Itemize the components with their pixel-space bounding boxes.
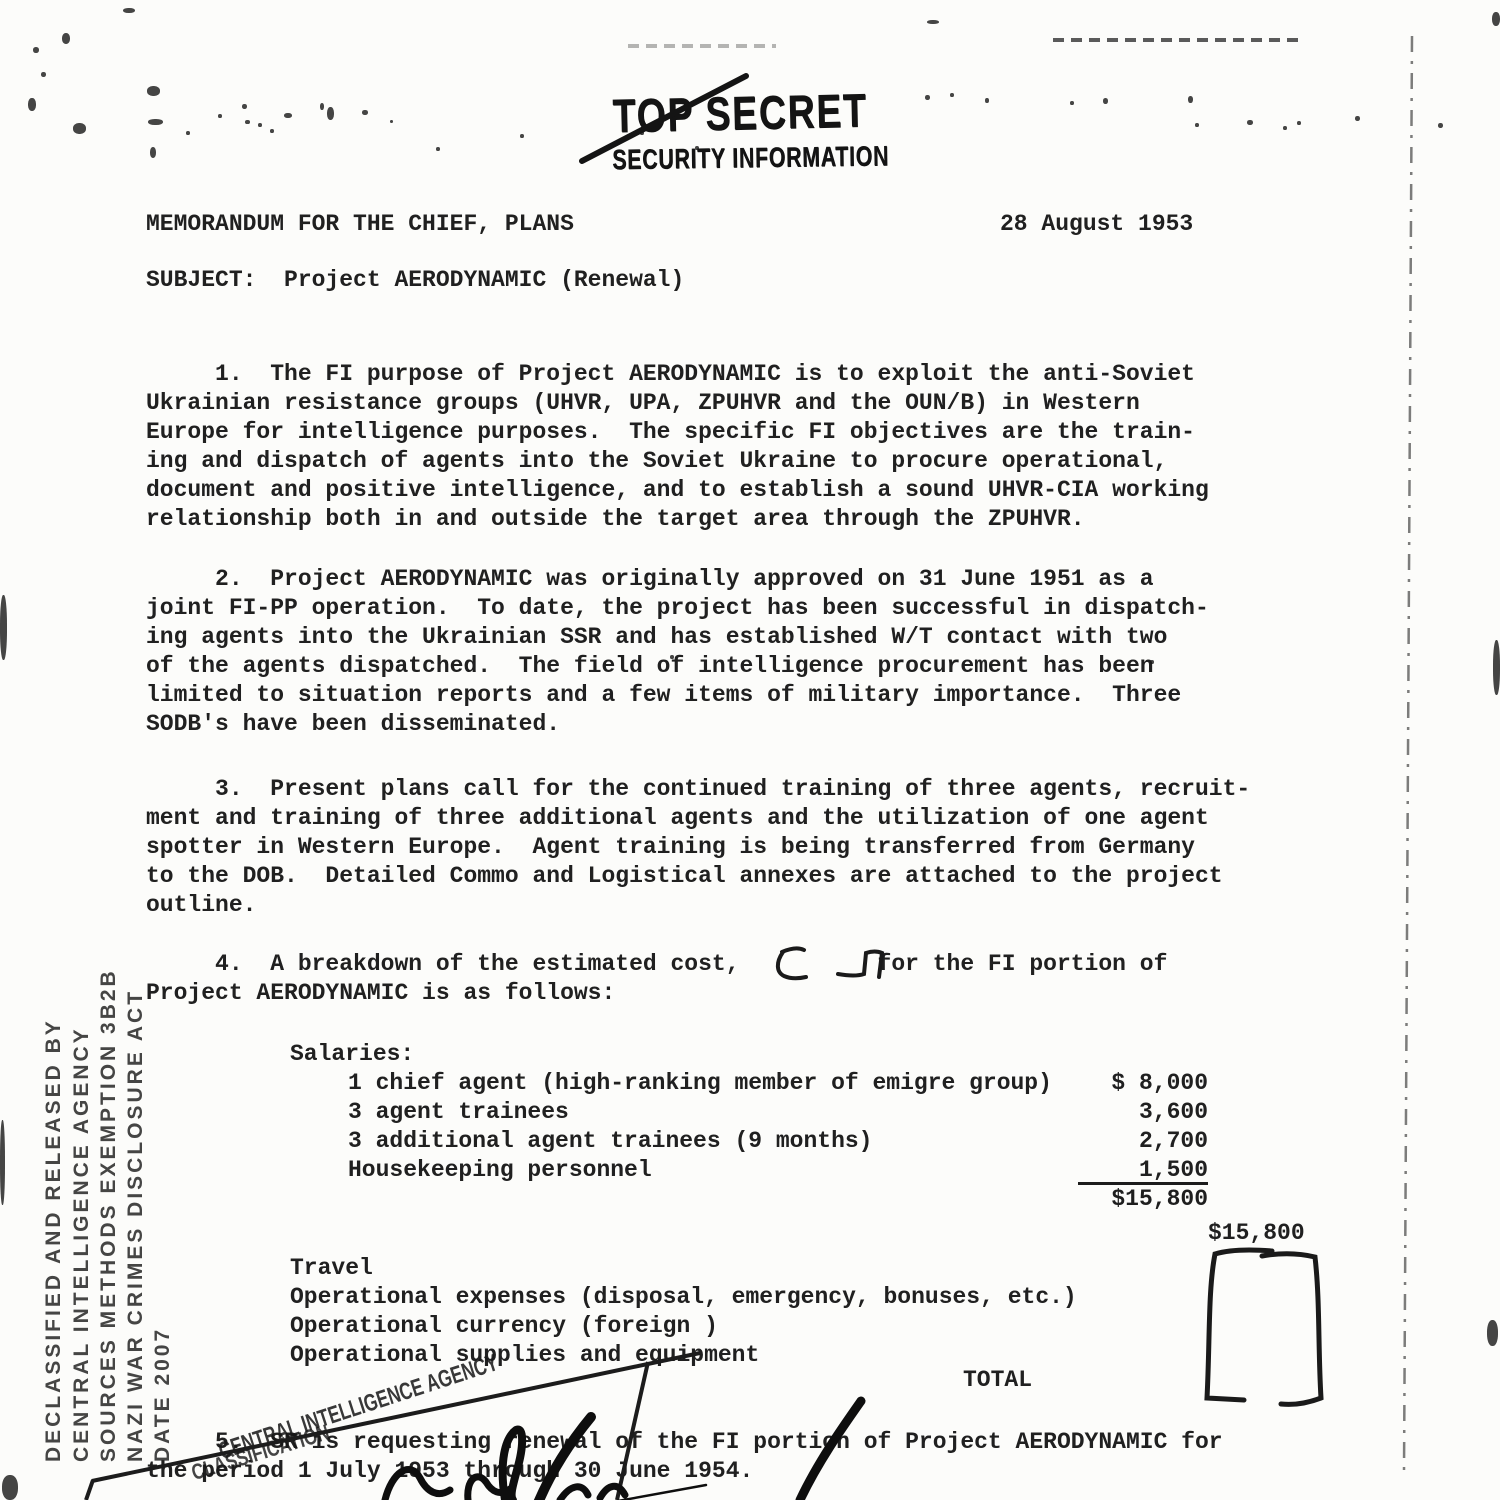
cost-breakdown-table: Salaries: 1 chief agent (high-ranking me… [290, 1040, 1208, 1214]
memo-addressee-line: MEMORANDUM FOR THE CHIEF, PLANS [146, 210, 574, 239]
scan-noise-mark [270, 129, 274, 133]
scan-noise-mark [148, 119, 163, 125]
cost-item-amount: $ 8,000 [1078, 1069, 1208, 1098]
table-row: Housekeeping personnel 1,500 [290, 1156, 1208, 1185]
scan-noise-mark [33, 47, 39, 53]
scan-noise-mark [1297, 121, 1301, 125]
scan-noise-mark [950, 93, 954, 97]
scan-noise-mark [0, 595, 7, 660]
scan-noise-mark [695, 146, 699, 150]
declass-stamp-line: DATE 2007 [151, 1327, 175, 1462]
scan-noise-mark [327, 107, 334, 120]
document-page: TOP SECRET SECURITY INFORMATION MEMORAND… [0, 0, 1500, 1500]
fold-line [1404, 36, 1412, 1472]
table-row: 1 chief agent (high-ranking member of em… [290, 1069, 1208, 1098]
scan-noise-mark [1247, 120, 1253, 125]
paragraph-1: 1. The FI purpose of Project AERODYNAMIC… [146, 360, 1209, 534]
scan-noise-mark [1150, 660, 1154, 664]
scan-noise-mark [1438, 123, 1443, 128]
scan-noise-mark [258, 123, 262, 127]
memo-date: 28 August 1953 [1000, 210, 1193, 239]
paragraph-3: 3. Present plans call for the continued … [146, 775, 1250, 920]
security-information-stamp: SECURITY INFORMATION [612, 140, 889, 176]
smudge-line [628, 44, 776, 48]
salaries-subtotal: $15,800 [1078, 1185, 1208, 1214]
scan-noise-mark [218, 114, 222, 118]
smudge-line [1053, 38, 1299, 42]
table-row: 3 agent trainees 3,600 [290, 1098, 1208, 1127]
total-label: TOTAL [963, 1366, 1032, 1395]
paragraph-4: 4. A breakdown of the estimated cost, fo… [146, 950, 1167, 1008]
scan-noise-mark [123, 8, 135, 13]
scan-noise-mark [1487, 1320, 1498, 1346]
cost-item-label: Housekeeping personnel [290, 1156, 1078, 1185]
scan-noise-mark [1070, 101, 1074, 105]
scan-noise-mark [62, 33, 70, 44]
scan-noise-mark [1283, 126, 1287, 130]
scan-noise-mark [242, 104, 247, 109]
scan-noise-mark [73, 123, 86, 134]
scan-noise-mark [1492, 12, 1500, 26]
scan-noise-mark [1493, 640, 1500, 695]
scan-noise-mark [320, 103, 324, 110]
scan-noise-mark [2, 1475, 18, 1500]
cost-item-amount: 2,700 [1078, 1127, 1208, 1156]
scan-noise-mark [985, 98, 989, 103]
scan-noise-mark [670, 655, 674, 659]
scan-noise-mark [41, 72, 46, 77]
subtotal-row: $15,800 [290, 1185, 1208, 1214]
cost-item-label: 3 additional agent trainees (9 months) [290, 1127, 1078, 1156]
scan-noise-mark [927, 20, 939, 24]
cost-item-amount: 1,500 [1078, 1156, 1208, 1185]
declass-stamp-line: DECLASSIFIED AND RELEASED BY [42, 1018, 66, 1462]
cost-item-amount: 3,600 [1078, 1098, 1208, 1127]
scan-noise-mark [1103, 98, 1108, 104]
scan-noise-mark [390, 120, 393, 123]
paragraph-2: 2. Project AERODYNAMIC was originally ap… [146, 565, 1209, 739]
scan-noise-mark [1195, 123, 1199, 127]
subtotal-repeat: $15,800 [1208, 1219, 1305, 1248]
scan-noise-mark [520, 134, 524, 138]
declass-stamp-line: NAZI WAR CRIMES DISCLOSURE ACT [124, 989, 148, 1462]
scan-noise-mark [925, 95, 930, 100]
cost-item-label: 3 agent trainees [290, 1098, 1078, 1127]
scan-noise-mark [186, 131, 190, 135]
scan-noise-mark [245, 120, 250, 124]
scan-noise-mark [284, 113, 292, 118]
scan-noise-mark [1188, 96, 1193, 103]
scan-noise-mark [147, 86, 160, 96]
salaries-label: Salaries: [290, 1040, 1208, 1069]
scan-noise-mark [362, 110, 368, 115]
table-row: 3 additional agent trainees (9 months) 2… [290, 1127, 1208, 1156]
declass-stamp-line: CENTRAL INTELLIGENCE AGENCY [70, 1026, 94, 1462]
redaction-brackets-large [1207, 1250, 1321, 1404]
scan-noise-mark [0, 1120, 5, 1205]
declass-stamp-line: SOURCES METHODS EXEMPTION 3B2B [97, 968, 121, 1462]
scan-noise-mark [28, 98, 36, 111]
scan-noise-mark [150, 147, 156, 158]
top-secret-stamp: TOP SECRET [612, 82, 868, 143]
table-section-header: Salaries: [290, 1040, 1208, 1069]
expense-lines: Travel Operational expenses (disposal, e… [290, 1254, 1077, 1370]
scan-noise-mark [640, 131, 644, 135]
cost-item-label: 1 chief agent (high-ranking member of em… [290, 1069, 1078, 1098]
scan-noise-mark [1355, 116, 1360, 121]
scan-noise-mark [436, 147, 440, 151]
subject-line: SUBJECT: Project AERODYNAMIC (Renewal) [146, 266, 684, 295]
